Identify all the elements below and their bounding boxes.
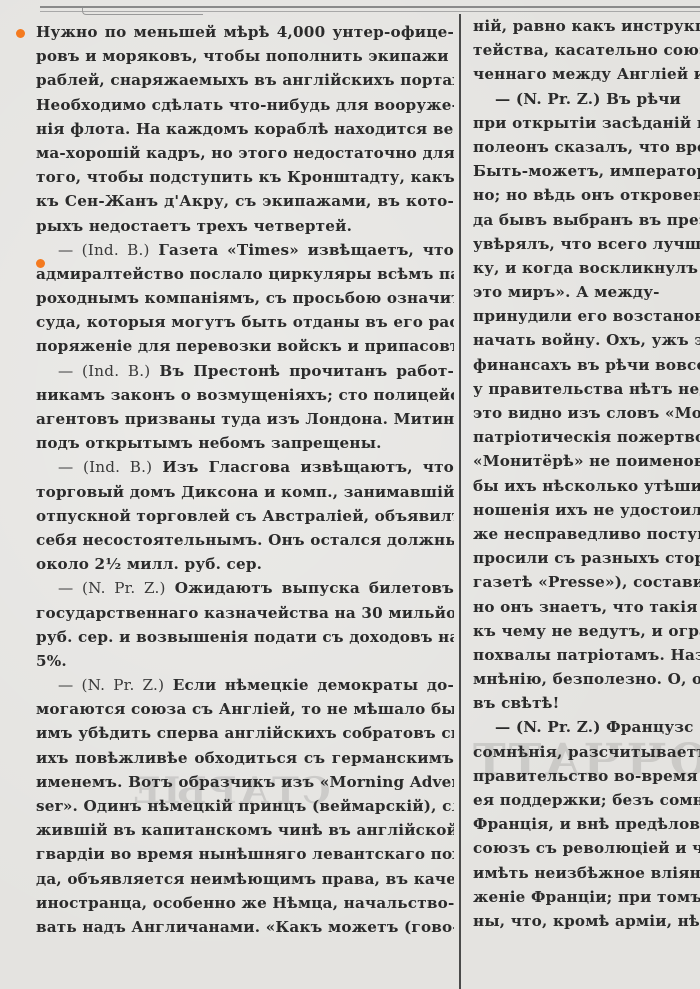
- text-line: но онъ знаетъ, что такія: [473, 595, 700, 619]
- text-line: адмиралтейство послало циркуляры всѣмъ п…: [36, 262, 454, 286]
- text-line: вать надъ Англичанами. «Какъ можетъ (гов…: [36, 915, 454, 939]
- news-source: — (Ind. B.): [58, 362, 150, 380]
- text-line: къ Сен-Жанъ д'Акру, съ экипажами, въ кот…: [36, 189, 454, 213]
- text-line: иностранца, особенно же Нѣмца, начальств…: [36, 891, 454, 915]
- text-line: начать войну. Охъ, ужъ э: [473, 328, 700, 352]
- text-line: ній, равно какъ инструкц: [473, 14, 700, 38]
- text-line: финансахъ въ рѣчи вовсе: [473, 353, 700, 377]
- text-line: Въ Престонѣ прочитанъ работ-: [159, 362, 454, 380]
- text-line: ser». Одинъ нѣмецкій принцъ (веймарскій)…: [36, 794, 454, 818]
- text-line: Нужно по меньшей мѣрѣ 4,000 унтер-офице-: [36, 20, 454, 44]
- right-column: ній, равно какъ инструкц тейства, касате…: [473, 14, 700, 933]
- text-line: Необходимо сдѣлать что-нибудь для вооруж…: [36, 93, 454, 117]
- left-column: Нужно по меньшей мѣрѣ 4,000 унтер-офице-…: [36, 20, 454, 939]
- news-item-times: — (Ind. B.) Газета «Times» извѣщаетъ, чт…: [36, 238, 454, 359]
- news-source: — (Ind. B.): [58, 241, 150, 259]
- text-line: бы ихъ нѣсколько утѣши: [473, 474, 700, 498]
- text-line: къ чему не ведутъ, и огран: [473, 619, 700, 643]
- text-line: Газета «Times» извѣщаетъ, что: [158, 241, 454, 259]
- text-line: поряженіе для перевозки войскъ и припасо…: [36, 334, 454, 358]
- text-line: ку, и когда воскликнулъ в: [473, 256, 700, 280]
- text-line: — (N. Pr. Z.) Въ рѣчи: [473, 87, 700, 111]
- text-line: ны, что, кромѣ арміи, нѣтъ: [473, 909, 700, 933]
- text-line: того, чтобы подступить къ Кронштадту, ка…: [36, 165, 454, 189]
- text-line: «Монитёрѣ» не поименован: [473, 449, 700, 473]
- column-divider: [459, 14, 461, 989]
- text-line: нія флота. На каждомъ кораблѣ находится …: [36, 117, 454, 141]
- text-line: никамъ законъ о возмущеніяхъ; сто полице…: [36, 383, 454, 407]
- text-line: Изъ Гласгова извѣщаютъ, что: [162, 458, 454, 476]
- text-line: государственнаго казначейства на 30 миль…: [36, 601, 454, 625]
- text-line: роходнымъ компаніямъ, съ просьбою означи…: [36, 286, 454, 310]
- text-line: да, объявляется неимѣющимъ права, въ кач…: [36, 867, 454, 891]
- text-line: ма-хорошій кадръ, но этого недостаточно …: [36, 141, 454, 165]
- text-line: суда, которыя могутъ быть отданы въ его …: [36, 310, 454, 334]
- text-line: Ожидаютъ выпуска билетовъ: [175, 579, 454, 597]
- news-item-treasury: — (N. Pr. Z.) Ожидаютъ выпуска билетовъ …: [36, 576, 454, 673]
- news-item-glasgow: — (Ind. B.) Изъ Гласгова извѣщаютъ, что …: [36, 455, 454, 576]
- text-line: торговый домъ Диксона и комп., занимавші…: [36, 480, 454, 504]
- text-line: ея поддержки; безъ сомнѣ: [473, 788, 700, 812]
- text-line: при открытіи засѣданій п: [473, 111, 700, 135]
- text-line: ихъ повѣжливѣе обходиться съ германскимъ: [36, 746, 454, 770]
- paragraph-marker-1[interactable]: [16, 29, 25, 38]
- text-line: — (N. Pr. Z.) Французс: [473, 715, 700, 739]
- article-paragraph: Нужно по меньшей мѣрѣ 4,000 унтер-офице-…: [36, 20, 454, 238]
- text-line: женіе Франціи; при томъ: [473, 885, 700, 909]
- text-line: правительство во-время вой: [473, 764, 700, 788]
- text-line: Быть-можетъ, императоръ: [473, 159, 700, 183]
- text-line: ровъ и моряковъ, чтобы пополнить экипажи…: [36, 44, 454, 68]
- text-line: въ свѣтѣ!: [473, 691, 700, 715]
- news-item-democrats: — (N. Pr. Z.) Если нѣмецкіе демократы до…: [36, 673, 454, 939]
- text-line: около 2½ милл. руб. сер.: [36, 552, 454, 576]
- text-line: это миръ». А между-: [473, 280, 700, 304]
- text-line: увѣрялъ, что всего лучше: [473, 232, 700, 256]
- text-line: патріотическія пожертвов: [473, 425, 700, 449]
- text-line: отпускной торговлей съ Австраліей, объяв…: [36, 504, 454, 528]
- text-line: но; но вѣдь онъ откровенно: [473, 183, 700, 207]
- text-line: агентовъ призваны туда изъ Лондона. Мити…: [36, 407, 454, 431]
- text-line: сомнѣнія, разсчитываетъ н: [473, 740, 700, 764]
- text-line: тейства, касательно союза: [473, 38, 700, 62]
- text-line: гвардіи во время нынѣшняго левантскаго п…: [36, 842, 454, 866]
- text-line: же несправедливо поступи: [473, 522, 700, 546]
- text-line: подъ открытымъ небомъ запрещены.: [36, 431, 454, 455]
- text-line: мнѣнію, безполезно. О, ос: [473, 667, 700, 691]
- news-source: — (N. Pr. Z.): [58, 676, 164, 694]
- text-line: полеонъ сказалъ, что врем: [473, 135, 700, 159]
- text-line: да бывъ выбранъ въ прези: [473, 208, 700, 232]
- text-line: это видно изъ словъ «Мон: [473, 401, 700, 425]
- text-line: принудили его возстанови: [473, 304, 700, 328]
- text-line: ношенія ихъ не удостоили: [473, 498, 700, 522]
- text-line: именемъ. Вотъ образчикъ изъ «Morning Adv…: [36, 770, 454, 794]
- text-line: союзъ съ революціей и что: [473, 836, 700, 860]
- text-line: ченнаго между Англіей и: [473, 62, 700, 86]
- text-line: могаются союза съ Англіей, то не мѣшало …: [36, 697, 454, 721]
- header-ornament: [82, 8, 203, 15]
- text-line: имъ убѣдить сперва англійскихъ собратовъ…: [36, 721, 454, 745]
- text-line: похвалы патріотамъ. Назы: [473, 643, 700, 667]
- text-line: просили съ разныхъ стор: [473, 546, 700, 570]
- top-border-rule: [40, 6, 700, 12]
- text-line: жившій въ капитанскомъ чинѣ въ англійско…: [36, 818, 454, 842]
- text-line: Если нѣмецкіе демократы до-: [173, 676, 454, 694]
- text-line: имѣть неизбѣжное вліяніе: [473, 861, 700, 885]
- text-line: 5%.: [36, 649, 454, 673]
- newspaper-page: ПОЧЧАТТ СТАРЫЕ Нужно по меньшей мѣрѣ 4,0…: [0, 0, 700, 989]
- text-line: Франція, и внѣ предѣловъ: [473, 812, 700, 836]
- text-line: у правительства нѣтъ нед: [473, 377, 700, 401]
- text-line: газетѣ «Presse»), составить: [473, 570, 700, 594]
- text-line: рыхъ недостаетъ трехъ четвертей.: [36, 214, 454, 238]
- news-source: — (N. Pr. Z.): [58, 579, 166, 597]
- text-line: себя несостоятельнымъ. Онъ остался должн…: [36, 528, 454, 552]
- news-source: — (Ind. B.): [58, 458, 152, 476]
- text-line: руб. сер. и возвышенія подати съ доходов…: [36, 625, 454, 649]
- text-line: раблей, снаряжаемыхъ въ англійскихъ порт…: [36, 68, 454, 92]
- news-item-preston: — (Ind. B.) Въ Престонѣ прочитанъ работ-…: [36, 359, 454, 456]
